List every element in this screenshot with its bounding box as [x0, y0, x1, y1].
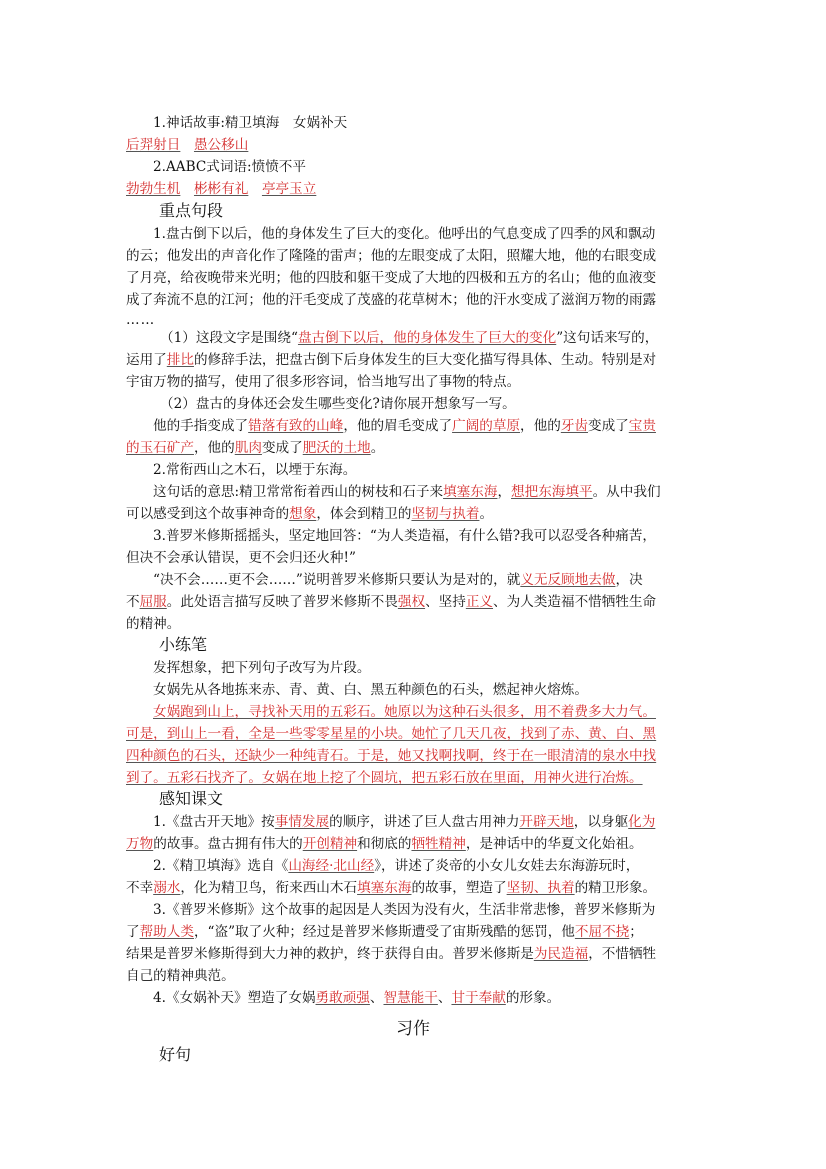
answer-text: 义无反顾地去做 — [520, 572, 615, 588]
sentence-3-explanation: 不屈服。此处语言描写反映了普罗米修斯不畏强权、坚持正义、为人类造福不惜牺牲生命 — [126, 591, 696, 613]
answer-text: 溺水 — [153, 880, 180, 896]
text-span: “决不会……更不会……”说明普罗米修斯只要认为是对的，就 — [153, 572, 520, 588]
vocab-item-2-extra: 勃勃生机 彬彬有礼 亭亭玉立 — [126, 178, 696, 200]
answer-text: 智慧能干 — [383, 990, 437, 1006]
sentence-2-meaning: 这句话的意思:精卫常常衔着西山的树枝和石子来填塞东海，想把东海填平。从中我们 — [153, 481, 723, 503]
text-item-1: 1.《盘古开天地》按事情发展的顺序，讲述了巨人盘古用神力开辟天地，以身躯化为 — [153, 811, 723, 833]
text-span: ，不惜牺牲 — [588, 946, 656, 962]
answer-text: 想把东海填平 — [511, 484, 593, 500]
text-span: 、坚持 — [425, 594, 466, 610]
text-span: 可以感受到这个故事神奇的 — [126, 506, 289, 522]
text-item-2: 不幸溺水，化为精卫鸟，衔来西山木石填塞东海的故事，塑造了坚韧、执着的精卫形象。 — [126, 877, 696, 899]
practice-answer-line: 可是，到山上一看，全是一些零零星星的小块。她忙了几天几夜，找到了赤、黄、白、黑 — [126, 723, 696, 745]
practice-answer-line: 女娲跑到山上，寻找补天用的五彩石。她原以为这种石头很多，用不着费多大力气。 — [153, 701, 723, 723]
answer-text: 牺牲精神 — [411, 836, 465, 852]
question-1-line: 运用了排比的修辞手法，把盘古倒下后身体发生的巨大变化描写得具体、生动。特别是对 — [126, 349, 696, 371]
paragraph-line: 的云；他发出的声音化作了隆隆的雷声；他的左眼变成了太阳，照耀大地，他的右眼变成 — [126, 245, 696, 267]
vocab-item-1: 1.神话故事:精卫填海 女娲补天 — [153, 112, 723, 134]
answer-word: 亭亭玉立 — [262, 181, 316, 197]
text-span: 1.《盘古开天地》按 — [153, 814, 275, 830]
text-span: 2.《精卫填海》选自《 — [153, 858, 288, 874]
text-span: 了 — [126, 924, 140, 940]
answer-text: 事情发展 — [275, 814, 329, 830]
section-heading-text: 感知课文 — [159, 788, 729, 810]
question-2-answer: 他的手指变成了错落有致的山峰，他的眉毛变成了广阔的草原，他的牙齿变成了宝贵 — [153, 415, 723, 437]
text-span: 。 — [371, 440, 385, 456]
answer-text: 为民造福 — [534, 946, 588, 962]
answer-text: 想象 — [289, 506, 316, 522]
answer-text: 填塞东海 — [443, 484, 497, 500]
text-span: 变成了 — [262, 440, 303, 456]
text-item-3: 结果是普罗米修斯得到大力神的救护，终于获得自由。普罗米修斯是为民造福，不惜牺牲 — [126, 943, 696, 965]
text-span: 、为人类造福不惜牺牲生命 — [493, 594, 656, 610]
text-span: 4.《女娲补天》塑造了女娲 — [153, 990, 316, 1006]
text-span: 这句话的意思:精卫常常衔着西山的树枝和石子来 — [153, 484, 443, 500]
answer-text: 填塞东海 — [357, 880, 411, 896]
text-span: ，他的 — [520, 418, 561, 434]
text-span: ，化为精卫鸟，衔来西山木石 — [180, 880, 357, 896]
answer-text: 牙齿 — [561, 418, 588, 434]
text-span: ，决 — [616, 572, 643, 588]
text-span: 他的手指变成了 — [153, 418, 248, 434]
sentence-2-meaning: 可以感受到这个故事神奇的想象，体会到精卫的坚韧与执着。 — [126, 503, 696, 525]
answer-text: 帮助人类 — [140, 924, 194, 940]
answer-text: 排比 — [167, 352, 194, 368]
sentence-3-explanation: 的精神。 — [126, 613, 696, 635]
answer-text: 强权 — [398, 594, 425, 610]
answer-text: 不屈不挠 — [575, 924, 629, 940]
text-span: ，“盗”取了火种；经过是普罗米修斯遭受了宙斯残酷的惩罚，他 — [194, 924, 575, 940]
text-span: 。从中我们 — [593, 484, 661, 500]
answer-text: 屈服 — [140, 594, 167, 610]
question-1-line: （1）这段文字是围绕“盘古倒下以后，他的身体发生了巨大的变化”这句话来写的， — [160, 327, 730, 349]
practice-instruction: 发挥想象，把下列句子改写为片段。 — [153, 657, 723, 679]
text-span: 的故事，塑造了 — [411, 880, 506, 896]
answer-text: 盘古倒下以后，他的身体发生了巨大的变化 — [298, 330, 556, 346]
text-item-2: 2.《精卫填海》选自《山海经·北山经》，讲述了炎帝的小女儿女娃去东海游玩时， — [153, 855, 723, 877]
answer-text: 坚韧与执着 — [411, 506, 479, 522]
answer-text: 化为 — [628, 814, 655, 830]
answer-text: 坚韧、执着 — [507, 880, 575, 896]
answer-text: 甘于奉献 — [451, 990, 505, 1006]
sentence-2: 2.常衔西山之木石，以堙于东海。 — [153, 459, 723, 481]
document-page: 1.神话故事:精卫填海 女娲补天 后羿射日 愚公移山 2.AABC式词语:愤愤不… — [0, 0, 826, 1169]
practice-answer-line: 四种颜色的石头，还缺少一种纯青石。于是，她又找啊找啊，终于在一眼清清的泉水中找 — [126, 745, 696, 767]
text-span: ，他的 — [194, 440, 235, 456]
text-span: 》，讲述了炎帝的小女儿女娃去东海游玩时， — [374, 858, 639, 874]
text-span: 变成了 — [588, 418, 629, 434]
answer-word: 彬彬有礼 — [194, 181, 248, 197]
answer-text: 的玉石矿产 — [126, 440, 194, 456]
practice-answer-line: 到了。五彩石找齐了。女娲在地上挖了个圆坑，把五彩石放在里面，用神火进行冶炼。 — [126, 767, 696, 789]
practice-source: 女娲先从各地拣来赤、青、黄、白、黑五种颜色的石头，燃起神火熔炼。 — [153, 679, 723, 701]
text-span: 结果是普罗米修斯得到大力神的救护，终于获得自由。普罗米修斯是 — [126, 946, 534, 962]
answer-text: 肥沃的土地 — [303, 440, 371, 456]
text-item-4: 4.《女娲补天》塑造了女娲勇敢顽强、智慧能干、甘于奉献的形象。 — [153, 987, 723, 1009]
answer-text: 万物 — [126, 836, 153, 852]
vocab-item-1-extra: 后羿射日 愚公移山 — [126, 134, 696, 156]
text-item-1: 万物的故事。盘古拥有伟大的开创精神和彻底的牺牲精神，是神话中的华夏文化始祖。 — [126, 833, 696, 855]
text-span: ，他的眉毛变成了 — [343, 418, 452, 434]
text-span: 的精卫形象。 — [575, 880, 657, 896]
question-1-line: 宇宙万物的描写，使用了很多形容词，恰当地写出了事物的特点。 — [126, 371, 696, 393]
sentence-3-explanation: “决不会……更不会……”说明普罗米修斯只要认为是对的，就义无反顾地去做，决 — [153, 569, 723, 591]
answer-text: 开创精神 — [303, 836, 357, 852]
question-2: （2）盘古的身体还会发生哪些变化?请你展开想象写一写。 — [160, 393, 730, 415]
answer-text: 肌肉 — [235, 440, 262, 456]
text-span: 不幸 — [126, 880, 153, 896]
answer-text: 广阔的草原 — [452, 418, 520, 434]
subheading-good-sentences: 好句 — [159, 1044, 729, 1066]
text-span: 不 — [126, 594, 140, 610]
text-span: 的顺序，讲述了巨人盘古用神力 — [329, 814, 519, 830]
text-span: ； — [629, 924, 643, 940]
text-span: ”这句话来写的， — [556, 330, 658, 346]
sentence-3: 但决不会承认错误，更不会归还火种!” — [126, 547, 696, 569]
text-item-3: 3.《普罗米修斯》这个故事的起因是人类因为没有火，生活非常悲惨，普罗米修斯为 — [153, 899, 723, 921]
paragraph-line: 1.盘古倒下以后，他的身体发生了巨大的变化。他呼出的气息变成了四季的风和飘动 — [153, 223, 723, 245]
text-span: ，体会到精卫的 — [316, 506, 411, 522]
answer-word: 后羿射日 — [126, 137, 180, 153]
answer-text: 正义 — [466, 594, 493, 610]
text-item-3: 自己的精神典范。 — [126, 965, 696, 987]
text-span: ，是神话中的华夏文化始祖。 — [466, 836, 643, 852]
text-span: 的形象。 — [506, 990, 560, 1006]
paragraph-line: 成了奔流不息的江河；他的汗毛变成了茂盛的花草树木；他的汗水变成了滋润万物的雨露 — [126, 289, 696, 311]
text-span: 的故事。盘古拥有伟大的 — [153, 836, 303, 852]
text-span: 、 — [370, 990, 384, 1006]
answer-text: 错落有致的山峰 — [248, 418, 343, 434]
paragraph-line: 了月亮，给夜晚带来光明；他的四肢和躯干变成了大地的四极和五方的名山；他的血液变 — [126, 267, 696, 289]
section-heading-key-sentences: 重点句段 — [159, 200, 729, 222]
answer-word: 愚公移山 — [194, 137, 248, 153]
text-span: 、 — [438, 990, 452, 1006]
section-heading-practice: 小练笔 — [159, 634, 729, 656]
text-span: 。此处语言描写反映了普罗米修斯不畏 — [167, 594, 398, 610]
text-item-3: 了帮助人类，“盗”取了火种；经过是普罗米修斯遭受了宙斯残酷的惩罚，他不屈不挠； — [126, 921, 696, 943]
text-span: （1）这段文字是围绕“ — [160, 330, 298, 346]
question-2-answer: 的玉石矿产，他的肌肉变成了肥沃的土地。 — [126, 437, 696, 459]
answer-text: 山海经·北山经 — [288, 858, 374, 874]
sentence-3: 3.普罗米修斯摇摇头，坚定地回答：“为人类造福，有什么错?我可以忍受各种痛苦， — [153, 525, 723, 547]
answer-text: 宝贵 — [629, 418, 656, 434]
text-span: 。 — [479, 506, 493, 522]
text-span: ，以身躯 — [574, 814, 628, 830]
section-title-writing: 习作 — [0, 1014, 826, 1039]
answer-text: 开辟天地 — [519, 814, 573, 830]
text-span: 和彻底的 — [357, 836, 411, 852]
answer-word: 勃勃生机 — [126, 181, 180, 197]
answer-text: 勇敢顽强 — [316, 990, 370, 1006]
vocab-item-2: 2.AABC式词语:愤愤不平 — [153, 156, 723, 178]
text-span: ， — [497, 484, 511, 500]
text-span: 的修辞手法，把盘古倒下后身体发生的巨大变化描写得具体、生动。特别是对 — [194, 352, 656, 368]
text-span: 运用了 — [126, 352, 167, 368]
